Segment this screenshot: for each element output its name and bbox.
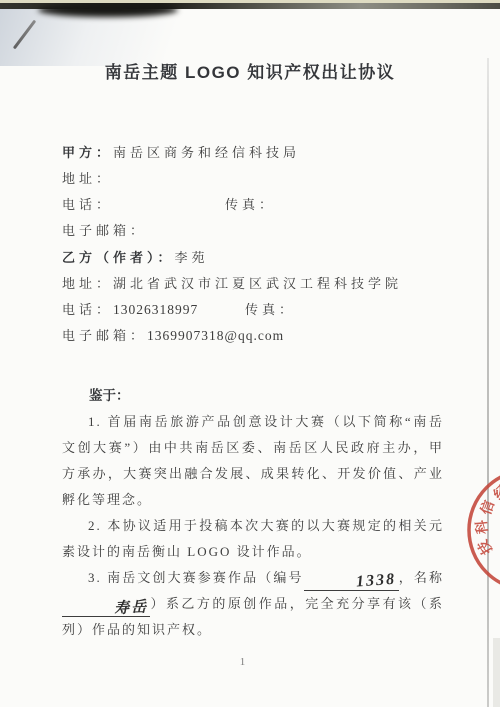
clause-1: 1. 首届南岳旅游产品创意设计大赛（以下简称“南岳文创大赛”）由中共南岳区委、南… — [62, 409, 444, 513]
party-a-name: 南岳区商务和经信科技局 — [113, 145, 300, 160]
scanned-contract-page: { "document": { "title": "南岳主题 LOGO 知识产权… — [0, 0, 500, 707]
party-b-address-label: 地址： — [62, 276, 113, 291]
recitals-heading: 鉴于： — [62, 383, 444, 409]
party-b-name: 李苑 — [175, 250, 209, 265]
party-b-phone-fax-line: 电话：13026318997传真： — [62, 297, 444, 323]
party-b-email-label: 电子邮箱： — [62, 328, 147, 343]
recitals-clauses: 1. 首届南岳旅游产品创意设计大赛（以下简称“南岳文创大赛”）由中共南岳区委、南… — [62, 409, 444, 643]
party-b-block: 乙方（作者）：李苑 地址：湖北省武汉市江夏区武汉工程科技学院 电话：130263… — [62, 245, 444, 349]
seal-char: 信 — [477, 498, 498, 517]
scan-right-smudge — [493, 638, 500, 707]
seal-char: 技 — [474, 537, 496, 558]
party-a-email-line: 电子邮箱： — [62, 218, 444, 244]
party-b-label: 乙方（作者）： — [62, 250, 175, 265]
entry-name-blank: 寿岳 — [62, 596, 150, 617]
scan-top-shadow-blob — [38, 3, 178, 17]
party-b-name-line: 乙方（作者）：李苑 — [62, 245, 444, 271]
party-a-phone-fax-line: 电话：传真： — [62, 192, 444, 218]
party-b-email-line: 电子邮箱：1369907318@qq.com — [62, 323, 444, 349]
scan-top-cream-edge — [0, 0, 500, 3]
party-b-address: 湖北省武汉市江夏区武汉工程科技学院 — [113, 276, 402, 291]
clause-3-prefix: 3. 南岳文创大赛参赛作品（编号 — [88, 570, 304, 585]
document-title: 南岳主题 LOGO 知识产权出让协议 — [0, 58, 500, 83]
entry-number-handwriting: 1338 — [329, 570, 396, 595]
official-seal-fragment: 经 信 科 技 — [454, 466, 500, 594]
clause-3-mid: ，名称 — [399, 570, 444, 585]
entry-name-handwriting: 寿岳 — [88, 597, 149, 620]
party-b-fax-label: 传真： — [245, 302, 296, 317]
party-a-address-line: 地址： — [62, 166, 444, 192]
clause-2: 2. 本协议适用于投稿本次大赛的以大赛规定的相关元素设计的南岳衡山 LOGO 设… — [62, 513, 444, 565]
party-a-name-line: 甲方：南岳区商务和经信科技局 — [62, 140, 444, 166]
party-b-phone-label: 电话： — [62, 302, 113, 317]
party-b-address-line: 地址：湖北省武汉市江夏区武汉工程科技学院 — [62, 271, 444, 297]
clause-3: 3. 南岳文创大赛参赛作品（编号1338，名称寿岳）系乙方的原创作品，完全充分享… — [62, 565, 444, 643]
paper-right-edge — [487, 58, 489, 707]
party-a-address-label: 地址： — [62, 171, 113, 186]
seal-char: 科 — [473, 518, 491, 534]
party-a-block: 甲方：南岳区商务和经信科技局 地址： 电话：传真： 电子邮箱： — [62, 140, 444, 244]
party-a-phone-label: 电话： — [62, 197, 113, 212]
party-b-phone: 13026318997 — [113, 302, 198, 317]
page-number: 1 — [0, 656, 485, 668]
entry-number-blank: 1338 — [304, 570, 399, 591]
party-a-fax-label: 传真： — [225, 197, 276, 212]
party-b-email: 1369907318@qq.com — [147, 328, 284, 343]
party-a-label: 甲方： — [62, 145, 113, 160]
party-a-email-label: 电子邮箱： — [62, 223, 147, 238]
